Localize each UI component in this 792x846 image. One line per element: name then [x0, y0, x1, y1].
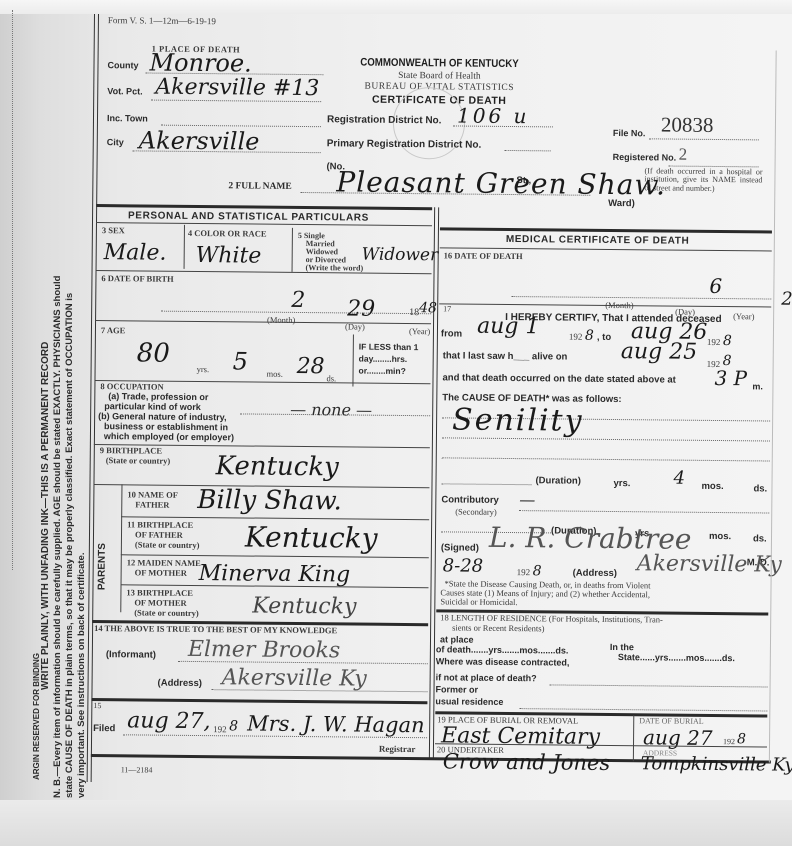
father-bp-label-3: (State or country) — [135, 540, 200, 550]
where-contracted-line — [550, 684, 768, 687]
signed-year-value: 8 — [533, 564, 542, 578]
registrar-value: Mrs. J. W. Hagan — [247, 714, 425, 737]
to-label: , to — [597, 333, 611, 344]
personal-section-title: PERSONAL AND STATISTICAL PARTICULARS — [128, 210, 369, 223]
inc-town-label: Inc. Town — [107, 114, 148, 124]
filed-year-value: 8 — [229, 719, 238, 733]
last-saw-label: that I last saw h___ alive on — [443, 351, 568, 363]
if-less-line1: IF LESS than 1 — [359, 343, 419, 353]
parents-divider — [120, 484, 122, 612]
dod-year-caption: (Year) — [733, 312, 754, 322]
race-value: White — [196, 245, 262, 268]
binding-dotted-line — [12, 10, 14, 570]
birthplace-sub: (State or country) — [106, 456, 171, 466]
reg-district-value: 106 u — [457, 105, 530, 126]
death-time-value: 3 P — [714, 368, 747, 388]
duration-label: (Duration) — [535, 476, 580, 487]
duration-value: 4 — [673, 470, 685, 488]
signed-year-prefix: 192 — [517, 568, 531, 578]
personal-title-rule — [96, 222, 432, 226]
former-res-1: Former or — [435, 685, 478, 695]
contributory-value: — — [519, 492, 535, 508]
margin-nb-line2: state CAUSE OF DEATH in plain terms, so … — [64, 293, 75, 798]
duration2-ds-label: ds. — [753, 534, 767, 545]
full-name-value: Pleasant Green Shaw. — [336, 168, 666, 199]
primary-reg-label: Primary Registration District No. — [327, 138, 482, 150]
age-yrs-caption: yrs. — [197, 365, 210, 374]
right-edge — [769, 51, 777, 763]
margin-nb-line3: very important. See instructions on back… — [76, 553, 87, 798]
dob-year-caption: (Year) — [409, 327, 430, 337]
dod-month: 6 — [709, 276, 722, 296]
if-less-divider — [352, 335, 353, 387]
from-value: aug 1 — [477, 316, 540, 339]
city-value: Akersville — [139, 128, 260, 153]
from-year-value: 8 — [585, 329, 594, 343]
age-label: 7 AGE — [101, 326, 125, 336]
item-15: 15 — [93, 702, 101, 711]
age-years: 80 — [137, 340, 170, 366]
margin-write-plainly: WRITE PLAINLY, WITH UNFADING INK—THIS IS… — [40, 342, 51, 690]
medical-section-title: MEDICAL CERTIFICATE OF DEATH — [506, 234, 690, 247]
secondary-label: (Secondary) — [455, 507, 497, 517]
duration-mos-label: mos. — [701, 482, 723, 493]
informant-value: Elmer Brooks — [188, 639, 340, 662]
last-saw-value: aug 25 — [621, 341, 698, 364]
burial-date-divider — [633, 715, 634, 761]
age-rule — [95, 320, 431, 324]
father-name-label-2: FATHER — [135, 500, 169, 510]
if-less-line2: day........hrs. — [359, 355, 408, 365]
dod-line — [511, 296, 771, 299]
duration-yrs-label: yrs. — [613, 479, 630, 490]
informant-label: (Informant) — [106, 650, 156, 661]
father-bp-value: Kentucky — [245, 523, 378, 552]
file-no-label: File No. — [613, 129, 646, 139]
cause-line-3 — [442, 457, 770, 461]
where-contracted-1: Where was disease contracted, — [436, 657, 570, 668]
informant-header: 14 THE ABOVE IS TRUE TO THE BEST OF MY K… — [94, 624, 337, 636]
board-of-health: State Board of Health — [329, 70, 549, 82]
where-contracted-2: if not at place of death? — [436, 673, 537, 684]
form-number: Form V. S. 1—12m—6-19-19 — [108, 16, 216, 27]
mother-name-label-2: OF MOTHER — [135, 568, 187, 578]
dod-label: 16 DATE OF DEATH — [444, 251, 523, 261]
parents-label: PARENTS — [96, 543, 107, 590]
full-name-label: 2 FULL NAME — [228, 181, 291, 192]
if-less-line3: or........min? — [359, 367, 406, 377]
vot-pct-label: Vot. Pct. — [107, 87, 142, 97]
sex-race-divider — [184, 225, 185, 269]
cause-value: Senility — [452, 405, 584, 436]
footnote-line3: Suicidal or Homicidal. — [440, 597, 517, 607]
sex-value: Male. — [104, 242, 167, 265]
scanned-page: ARGIN RESERVED FOR BINDING WRITE PLAINLY… — [0, 0, 792, 846]
address-label: (Address) — [158, 679, 202, 690]
dob-label: 6 DATE OF BIRTH — [101, 274, 173, 284]
dob-month: 2 — [291, 290, 305, 312]
marital-value: Widower — [362, 247, 439, 265]
print-code: 11—2184 — [121, 766, 153, 775]
death-occurred-label: and that death occurred on the date stat… — [442, 373, 675, 386]
birthplace-value: Kentucky — [216, 453, 339, 480]
duration-line — [442, 483, 532, 485]
bottom-edge — [0, 800, 792, 846]
dob-month-caption: (Month) — [267, 316, 295, 326]
signed-value: L. R. Crabtree — [489, 524, 692, 554]
occupation-b-line3: which employed (or employer) — [104, 432, 234, 443]
mother-name-value: Minerva King — [199, 563, 351, 586]
former-res-2: usual residence — [435, 697, 503, 708]
from-year-prefix: 192 — [569, 333, 583, 343]
contributory-label: Contributory — [441, 495, 499, 506]
margin-nb-line1: N. B.—Every item of information should b… — [52, 276, 63, 798]
registered-no-value: 2 — [679, 146, 688, 165]
dob-year-value: 48 — [419, 301, 437, 315]
binding-margin: ARGIN RESERVED FOR BINDING WRITE PLAINLY… — [0, 0, 96, 846]
vot-pct-value: Akersville #13 — [155, 77, 319, 101]
dob-day: 29 — [347, 298, 375, 320]
dod-day: 26 — [781, 291, 792, 309]
dob-day-caption: (Day) — [345, 322, 365, 332]
county-value: Monroe. — [149, 51, 251, 76]
in-state-label-2: State......yrs.......mos.......ds. — [618, 653, 735, 664]
filed-year-prefix: 192 — [213, 725, 227, 735]
signed-address-label: (Address) — [573, 569, 617, 580]
to-year-prefix: 192 — [707, 338, 721, 348]
reg-district-label: Registration District No. — [327, 114, 442, 126]
registered-no-label: Registered No. — [613, 153, 677, 163]
contributory-line — [519, 510, 769, 513]
duration-ds-label: ds. — [753, 484, 767, 495]
top-edge — [0, 0, 792, 14]
duration2-mos-label: mos. — [709, 532, 731, 543]
age-days: 28 — [297, 356, 325, 378]
address-value: Akersville Ky — [222, 667, 367, 690]
sex-label: 3 SEX — [102, 226, 125, 236]
age-mos-caption: mos. — [267, 370, 283, 379]
registrar-label: Registrar — [379, 745, 416, 755]
father-name-value: Billy Shaw. — [197, 487, 342, 514]
race-marital-divider — [292, 228, 293, 272]
dob-year-prefix: 18 — [409, 307, 419, 318]
primary-reg-line — [505, 150, 551, 151]
to-year-value: 8 — [723, 334, 732, 348]
mother-bp-value: Kentucky — [252, 596, 356, 619]
residence-label-2: sients or Recent Residents) — [452, 623, 544, 633]
signed-date: 8-28 — [443, 557, 484, 575]
medical-top-rule — [440, 227, 772, 233]
undertaker-value: Crow and Jones — [443, 751, 611, 774]
age-months: 5 — [233, 349, 249, 373]
city-label: City — [107, 138, 124, 148]
death-certificate-form: Form V. S. 1—12m—6-19-19 1 PLACE OF DEAT… — [87, 14, 780, 781]
occupation-value: — none — — [290, 402, 372, 419]
filed-label: Filed — [93, 724, 115, 735]
burial-year-value: 8 — [737, 732, 746, 746]
mother-bp-label-3: (State or country) — [134, 608, 199, 618]
former-res-line — [519, 708, 767, 711]
item-17: 17 — [443, 305, 451, 314]
at-place-label-2: of death.......yrs.......mos.......ds. — [436, 645, 569, 656]
signed-label: (Signed) — [441, 543, 479, 554]
filed-rule — [91, 698, 427, 704]
file-no-value: 20838 — [661, 113, 714, 137]
header-divider — [96, 204, 432, 210]
m-label: m. — [752, 382, 763, 392]
filed-date: aug 27, — [127, 710, 211, 733]
race-label: 4 COLOR OR RACE — [188, 229, 267, 239]
signed-address-value: Akersville Ky — [637, 553, 782, 576]
commonwealth-title: COMMONWEALTH OF KENTUCKY — [343, 56, 537, 70]
county-label: County — [107, 61, 138, 71]
cause-line-2 — [442, 437, 770, 441]
from-label: from — [441, 329, 462, 340]
file-no-line — [649, 138, 759, 140]
